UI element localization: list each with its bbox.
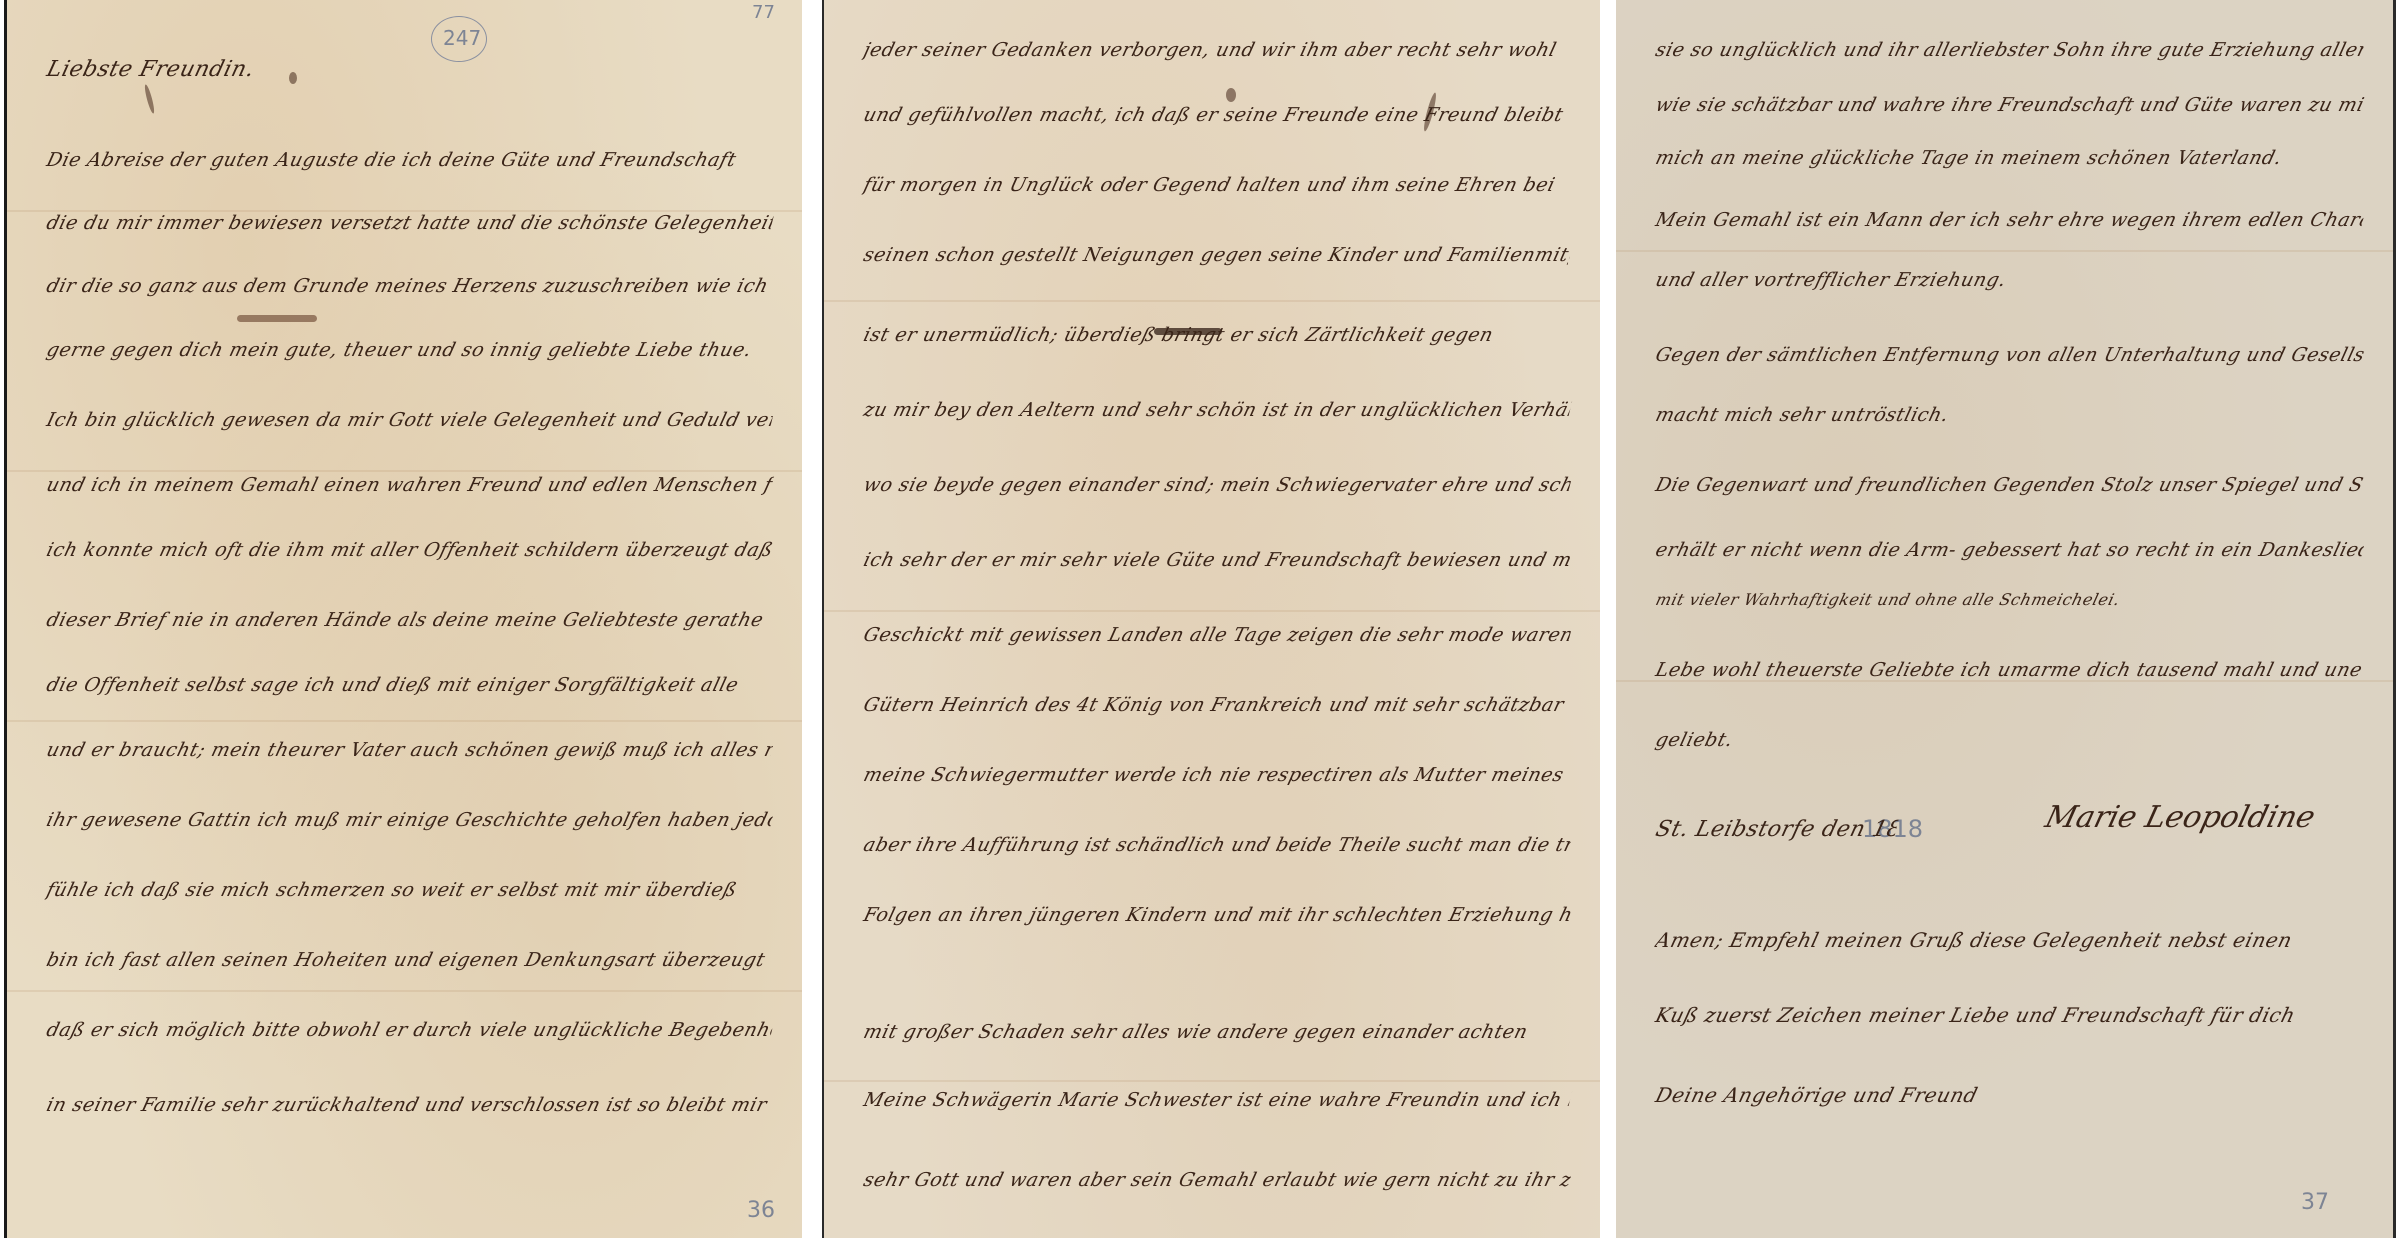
- letter-page-2: jeder seiner Gedanken verborgen, und wir…: [822, 0, 1600, 1238]
- letter-line: und ich in meinem Gemahl einen wahren Fr…: [42, 465, 777, 505]
- letter-line: gerne gegen dich mein gute, theuer und s…: [42, 330, 777, 370]
- letter-page-1: 247 77 36 Liebste Freundin. Die Abreise …: [4, 0, 802, 1238]
- letter-line: erhält er nicht wenn die Arm- gebessert …: [1651, 530, 2368, 570]
- letter-line: Ich bin glücklich gewesen da mir Gott vi…: [42, 400, 777, 440]
- letter-line: seinen schon gestellt Neigungen gegen se…: [859, 235, 1575, 275]
- letter-line: wie sie schätzbar und wahre ihre Freunds…: [1651, 85, 2368, 125]
- page-3-text: sie so unglücklich und ihr allerliebster…: [1616, 0, 2393, 1238]
- letter-line: und er braucht; mein theurer Vater auch …: [42, 730, 777, 770]
- letter-line: macht mich sehr untröstlich.: [1651, 395, 2368, 435]
- letter-line: ich sehr der er mir sehr viele Güte und …: [859, 540, 1575, 580]
- letter-line: jeder seiner Gedanken verborgen, und wir…: [859, 30, 1575, 70]
- postscript-line: Kuß zuerst Zeichen meiner Liebe und Freu…: [1651, 995, 2368, 1035]
- page-2-text: jeder seiner Gedanken verborgen, und wir…: [824, 0, 1600, 1238]
- letter-line: und aller vortrefflicher Erziehung.: [1651, 260, 2368, 300]
- postscript-line: Deine Angehörige und Freund: [1651, 1075, 2368, 1115]
- letter-line: ihr gewesene Gattin ich muß mir einige G…: [42, 800, 777, 840]
- letter-line: Gegen der sämtlichen Entfernung von alle…: [1651, 335, 2368, 375]
- letter-line: Geschickt mit gewissen Landen alle Tage …: [859, 615, 1575, 655]
- letter-line: mich an meine glückliche Tage in meinem …: [1651, 138, 2368, 178]
- page-1-text: Liebste Freundin. Die Abreise der guten …: [7, 0, 802, 1238]
- letter-line: ist er unermüdlich; überdieß bringt er s…: [859, 315, 1575, 355]
- letter-line: Gütern Heinrich des 4t König von Frankre…: [859, 685, 1575, 725]
- letter-line: Die Abreise der guten Auguste die ich de…: [42, 140, 777, 180]
- postscript-line: Amen; Empfehl meinen Gruß diese Gelegenh…: [1651, 920, 2368, 960]
- place-and-date: St. Leibstorfe den 18t April: [1651, 810, 1901, 850]
- letter-line: und gefühlvollen macht, ich daß er seine…: [859, 95, 1575, 135]
- letter-line: sie so unglücklich und ihr allerliebster…: [1651, 30, 2368, 70]
- letter-line: zu mir bey den Aeltern und sehr schön is…: [859, 390, 1575, 430]
- letter-line: meine Schwiegermutter werde ich nie resp…: [859, 755, 1575, 795]
- letter-line: Die Gegenwart und freundlichen Gegenden …: [1651, 465, 2368, 505]
- letter-line: Mein Gemahl ist ein Mann der ich sehr eh…: [1651, 200, 2368, 240]
- letter-line: Lebe wohl theuerste Geliebte ich umarme …: [1651, 650, 2368, 690]
- letter-line: dieser Brief nie in anderen Hände als de…: [42, 600, 777, 640]
- letter-line: daß er sich möglich bitte obwohl er durc…: [42, 1010, 777, 1050]
- letter-line: mit großer Schaden sehr alles wie andere…: [859, 1012, 1575, 1052]
- letter-line: Folgen an ihren jüngeren Kindern und mit…: [859, 895, 1575, 935]
- letter-line: ich konnte mich oft die ihm mit aller Of…: [42, 530, 777, 570]
- letter-line: bin ich fast allen seinen Hoheiten und e…: [42, 940, 777, 980]
- letter-line: wo sie beyde gegen einander sind; mein S…: [859, 465, 1575, 505]
- letter-page-3: 1818 37 sie so unglücklich und ihr aller…: [1616, 0, 2396, 1238]
- letter-line: dir die so ganz aus dem Grunde meines He…: [42, 266, 777, 306]
- salutation: Liebste Freundin.: [42, 50, 777, 90]
- letter-line: für morgen in Unglück oder Gegend halten…: [859, 165, 1575, 205]
- letter-line: aber ihre Aufführung ist schändlich und …: [859, 825, 1575, 865]
- letter-line: die Offenheit selbst sage ich und dieß m…: [42, 665, 777, 705]
- letter-line: mit vieler Wahrhaftigkeit und ohne alle …: [1651, 580, 2368, 620]
- letter-line: in seiner Familie sehr zurückhaltend und…: [42, 1085, 777, 1125]
- letter-line: sehr Gott und waren aber sein Gemahl erl…: [859, 1160, 1575, 1200]
- letter-line: geliebt.: [1651, 720, 2368, 760]
- signature: Marie Leopoldine: [2042, 800, 2319, 835]
- letter-line: Meine Schwägerin Marie Schwester ist ein…: [859, 1080, 1575, 1120]
- letter-line: fühle ich daß sie mich schmerzen so weit…: [42, 870, 777, 910]
- letter-line: die du mir immer bewiesen versetzt hatte…: [42, 203, 777, 243]
